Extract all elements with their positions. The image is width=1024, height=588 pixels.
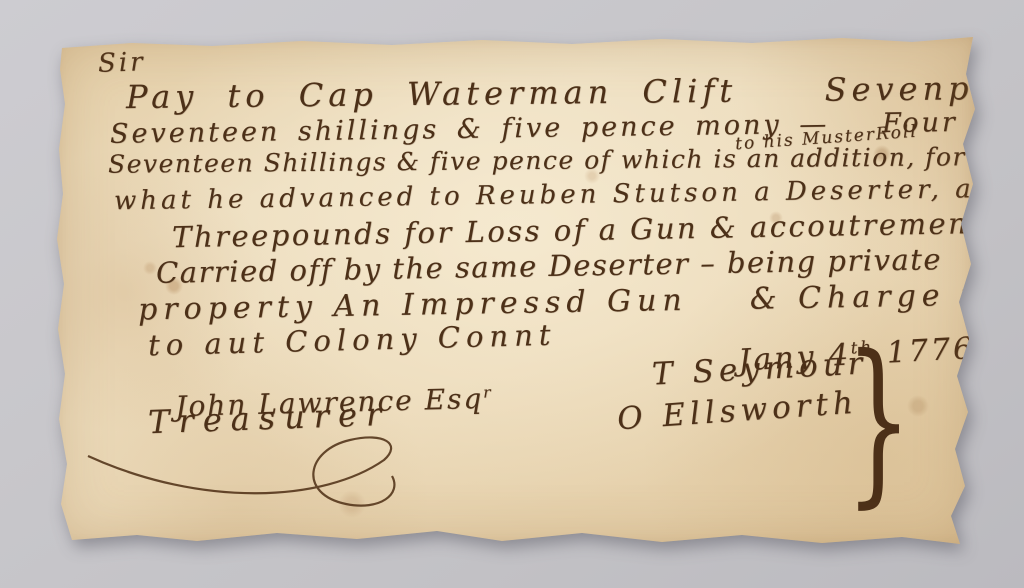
addressee-suffix: r — [483, 383, 493, 401]
photo-background: Sir Pay to Cap Waterman Clift Sevenpound… — [0, 0, 1024, 588]
committee-base: Com — [971, 422, 1024, 458]
pay-order-line: Pay to Cap Waterman Clift Sevenpounds — [126, 71, 1024, 113]
committee-label-inner: Comtee — [971, 419, 1024, 461]
committee-label: Comtee — [887, 393, 1024, 494]
manuscript-paper: Sir Pay to Cap Waterman Clift Sevenpound… — [52, 34, 976, 548]
colony-account-line: to aut Colony Connt — [148, 321, 557, 361]
addition-line: Seventeen Shillings & five pence of whic… — [108, 144, 966, 176]
addressee-title: Treasurer — [148, 398, 391, 438]
salutation-line: Sir — [98, 49, 146, 77]
paper-sheet: Sir Pay to Cap Waterman Clift Sevenpound… — [52, 34, 976, 548]
